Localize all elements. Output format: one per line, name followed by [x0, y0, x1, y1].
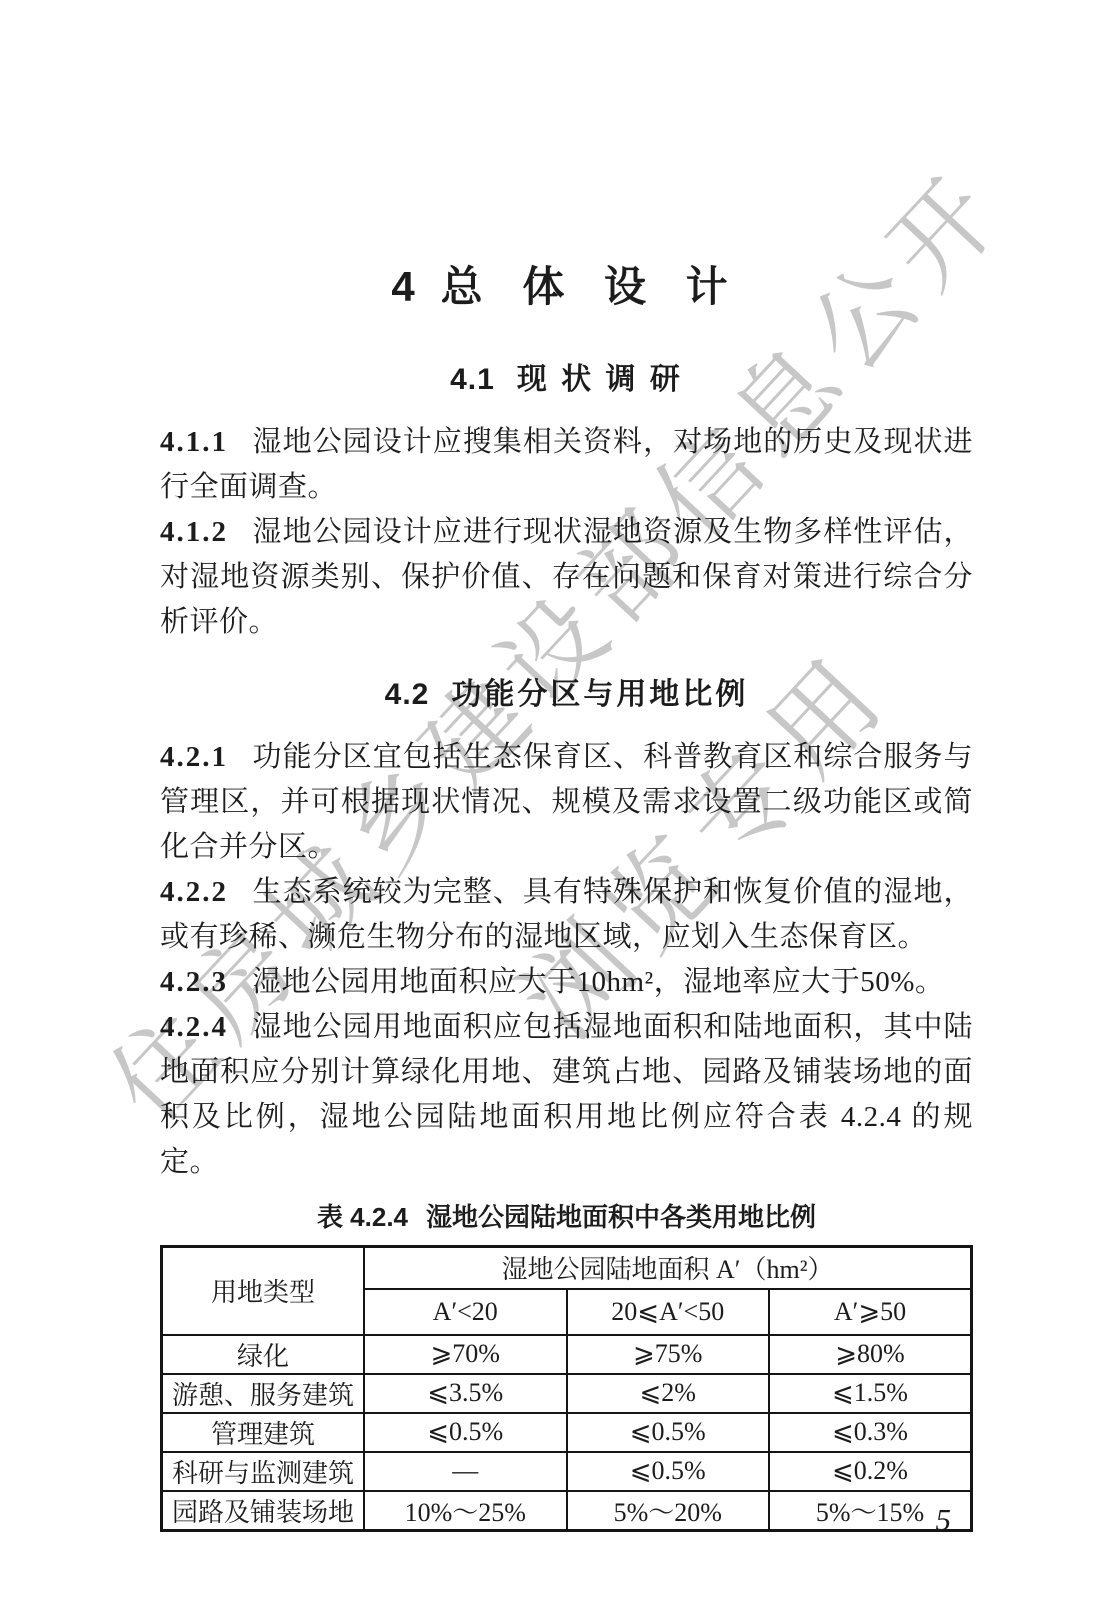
clause-4-1-2-text: 湿地公园设计应进行现状湿地资源及生物多样性评估，对湿地资源类别、保护价值、存在问…: [160, 516, 973, 638]
clause-4-2-2: 4.2.2生态系统较为完整、具有特殊保护和恢复价值的湿地，或有珍稀、濒危生物分布…: [160, 870, 973, 960]
row-label: 科研与监测建筑: [162, 1452, 365, 1491]
row-value: 10%～25%: [364, 1491, 567, 1531]
table-row-greening: 绿化 ⩾70% ⩾75% ⩾80%: [162, 1335, 972, 1374]
chapter-title-text: 总 体 设 计: [441, 263, 742, 310]
clause-4-1-1-text: 湿地公园设计应搜集相关资料，对场地的历史及现状进行全面调查。: [160, 426, 973, 503]
table-row-paths-paved-areas: 园路及铺装场地 10%～25% 5%～20% 5%～15%: [162, 1491, 972, 1531]
section-4-1-title: 现 状 调 研: [517, 363, 683, 396]
page-content: 4总 体 设 计 4.1现 状 调 研 4.1.1湿地公园设计应搜集相关资料，对…: [0, 0, 1103, 1532]
clause-4-2-2-label: 4.2.2: [160, 876, 228, 908]
row-label: 园路及铺装场地: [162, 1491, 365, 1531]
chapter-number: 4: [391, 263, 414, 310]
row-label: 绿化: [162, 1335, 365, 1374]
row-value: ⩾70%: [364, 1335, 567, 1374]
row-value: ⩽2%: [567, 1374, 770, 1413]
clause-4-2-3: 4.2.3湿地公园用地面积应大于10hm²，湿地率应大于50%。: [160, 960, 973, 1005]
page-number: 5: [936, 1502, 952, 1538]
clause-4-1-1: 4.1.1湿地公园设计应搜集相关资料，对场地的历史及现状进行全面调查。: [160, 420, 973, 510]
row-value: 5%～20%: [567, 1491, 770, 1531]
row-value: ⩽0.3%: [769, 1413, 972, 1452]
table-header-group-row: 用地类型 湿地公园陆地面积 A′（hm²）: [162, 1247, 972, 1289]
row-label: 游憩、服务建筑: [162, 1374, 365, 1413]
row-value: ⩾80%: [769, 1335, 972, 1374]
table-header-land-area-group: 湿地公园陆地面积 A′（hm²）: [364, 1247, 972, 1289]
clause-4-2-3-text: 湿地公园用地面积应大于10hm²，湿地率应大于50%。: [252, 966, 944, 998]
section-4-2-title: 功能分区与用地比例: [451, 678, 748, 711]
table-title-label: 表 4.2.4: [317, 1202, 408, 1232]
section-4-1-clauses: 4.1.1湿地公园设计应搜集相关资料，对场地的历史及现状进行全面调查。 4.1.…: [160, 420, 973, 645]
row-value: ⩽1.5%: [769, 1374, 972, 1413]
section-4-1-number: 4.1: [450, 363, 495, 396]
clause-4-2-1: 4.2.1功能分区宜包括生态保育区、科普教育区和综合服务与管理区，并可根据现状情…: [160, 735, 973, 870]
document-page: 住房城乡建设部信息公开 浏览专用 4总 体 设 计 4.1现 状 调 研 4.1…: [0, 0, 1103, 1598]
clause-4-2-1-text: 功能分区宜包括生态保育区、科普教育区和综合服务与管理区，并可根据现状情况、规模及…: [160, 741, 973, 863]
clause-4-1-2-label: 4.1.2: [160, 516, 228, 548]
clause-4-2-3-label: 4.2.3: [160, 966, 228, 998]
table-subheader-ge50: A′⩾50: [769, 1289, 972, 1335]
clause-4-1-2: 4.1.2湿地公园设计应进行现状湿地资源及生物多样性评估，对湿地资源类别、保护价…: [160, 510, 973, 645]
section-4-2-number: 4.2: [385, 678, 430, 711]
row-value: ⩽3.5%: [364, 1374, 567, 1413]
clause-4-2-4-label: 4.2.4: [160, 1011, 228, 1043]
chapter-title: 4总 体 设 计: [160, 0, 973, 312]
row-value: ⩽0.2%: [769, 1452, 972, 1491]
table-subheader-20to50: 20⩽A′<50: [567, 1289, 770, 1335]
clause-4-2-1-label: 4.2.1: [160, 741, 228, 773]
table-row-research-monitoring-buildings: 科研与监测建筑 — ⩽0.5% ⩽0.2%: [162, 1452, 972, 1491]
row-value: ⩽0.5%: [567, 1452, 770, 1491]
table-header-land-use-type: 用地类型: [162, 1247, 365, 1335]
section-heading-4-2: 4.2功能分区与用地比例: [160, 677, 973, 713]
section-4-2-clauses: 4.2.1功能分区宜包括生态保育区、科普教育区和综合服务与管理区，并可根据现状情…: [160, 735, 973, 1185]
row-value: ⩽0.5%: [567, 1413, 770, 1452]
row-value: ⩾75%: [567, 1335, 770, 1374]
table-row-recreation-service-buildings: 游憩、服务建筑 ⩽3.5% ⩽2% ⩽1.5%: [162, 1374, 972, 1413]
table-title-text: 湿地公园陆地面积中各类用地比例: [426, 1202, 816, 1232]
clause-4-2-4: 4.2.4湿地公园用地面积应包括湿地面积和陆地面积，其中陆地面积应分别计算绿化用…: [160, 1005, 973, 1185]
section-heading-4-1: 4.1现 状 调 研: [160, 362, 973, 398]
table-title: 表 4.2.4湿地公园陆地面积中各类用地比例: [160, 1201, 973, 1233]
row-value: ⩽0.5%: [364, 1413, 567, 1452]
row-label: 管理建筑: [162, 1413, 365, 1452]
clause-4-2-4-text: 湿地公园用地面积应包括湿地面积和陆地面积，其中陆地面积应分别计算绿化用地、建筑占…: [160, 1011, 973, 1178]
table-subheader-lt20: A′<20: [364, 1289, 567, 1335]
table-row-management-buildings: 管理建筑 ⩽0.5% ⩽0.5% ⩽0.3%: [162, 1413, 972, 1452]
row-value: —: [364, 1452, 567, 1491]
clause-4-1-1-label: 4.1.1: [160, 426, 228, 458]
land-use-ratio-table: 用地类型 湿地公园陆地面积 A′（hm²） A′<20 20⩽A′<50 A′⩾…: [160, 1245, 973, 1532]
clause-4-2-2-text: 生态系统较为完整、具有特殊保护和恢复价值的湿地，或有珍稀、濒危生物分布的湿地区域…: [160, 876, 973, 953]
